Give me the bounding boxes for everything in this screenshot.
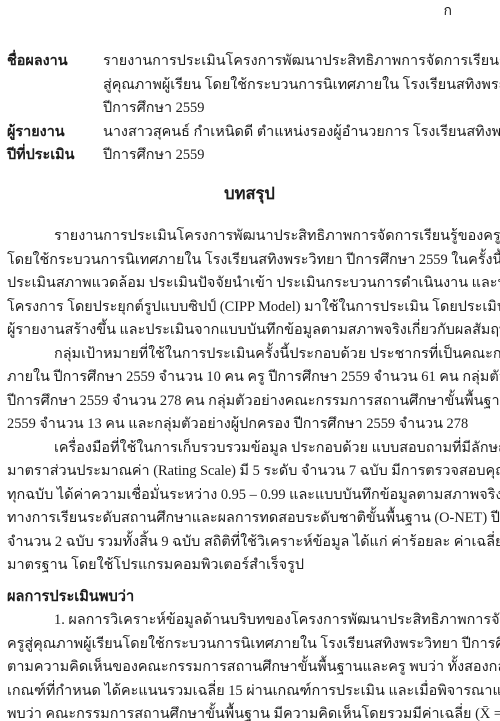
field-value-line: รายงานการประเมินโครงการพัฒนาประสิทธิภาพก… (103, 50, 500, 74)
body-text-line: มาตรฐาน โดยใช้โปรแกรมคอมพิวเตอร์สำเร็จรู… (7, 554, 492, 578)
summary-body: รายงานการประเมินโครงการพัฒนาประสิทธิภาพก… (7, 225, 492, 578)
field-label: ชื่อผลงาน (7, 50, 103, 121)
results-section: 1. ผลการวิเคราะห์ข้อมูลด้านบริบทของโครงก… (7, 609, 492, 721)
field-row-reporter: ผู้รายงาน นางสาวสุคนธ์ กำเหนิดดี ตำแหน่ง… (7, 121, 492, 145)
document-page: ก ชื่อผลงาน รายงานการประเมินโครงการพัฒนา… (0, 0, 500, 721)
body-text-line: รายงานการประเมินโครงการพัฒนาประสิทธิภาพก… (7, 225, 492, 249)
field-value-line: นางสาวสุคนธ์ กำเหนิดดี ตำแหน่งรองผู้อำนว… (103, 121, 500, 145)
paragraph: เครื่องมือที่ใช้ในการเก็บรวบรวมข้อมูล ปร… (7, 437, 492, 578)
field-value-line: ปีการศึกษา 2559 (103, 97, 500, 121)
body-text-line: ทุกฉบับ ได้ค่าความเชื่อมั่นระหว่าง 0.95 … (7, 484, 492, 508)
result-item: 1. ผลการวิเคราะห์ข้อมูลด้านบริบทของโครงก… (7, 609, 492, 721)
body-text-line: ทางการเรียนระดับสถานศึกษาและผลการทดสอบระ… (7, 507, 492, 531)
field-row-year: ปีที่ประเมิน ปีการศึกษา 2559 (7, 144, 492, 168)
body-text-line: มาตราส่วนประมาณค่า (Rating Scale) มี 5 ร… (7, 460, 492, 484)
header-fields: ชื่อผลงาน รายงานการประเมินโครงการพัฒนาปร… (7, 50, 492, 168)
field-row-title: ชื่อผลงาน รายงานการประเมินโครงการพัฒนาปร… (7, 50, 492, 121)
summary-heading: บทสรุป (7, 182, 492, 206)
page-number: ก (444, 2, 452, 22)
body-text-line: กลุ่มเป้าหมายที่ใช้ในการประเมินครั้งนี้ป… (7, 343, 492, 367)
body-text-line: ปีการศึกษา 2559 จำนวน 278 คน กลุ่มตัวอย่… (7, 390, 492, 414)
body-text-line: ครูสู่คุณภาพผู้เรียนโดยใช้กระบวนการนิเทศ… (7, 633, 492, 657)
field-value: ปีการศึกษา 2559 (103, 144, 492, 168)
paragraph: กลุ่มเป้าหมายที่ใช้ในการประเมินครั้งนี้ป… (7, 343, 492, 437)
field-value-line: สู่คุณภาพผู้เรียน โดยใช้กระบวนการนิเทศภา… (103, 74, 500, 98)
body-text-line: ประเมินสภาพแวดล้อม ประเมินปัจจัยนำเข้า ป… (7, 272, 492, 296)
field-value: รายงานการประเมินโครงการพัฒนาประสิทธิภาพก… (103, 50, 500, 121)
body-text-line: ผู้รายงานสร้างขึ้น และประเมินจากแบบบันทึ… (7, 319, 492, 343)
body-text-line: จำนวน 2 ฉบับ รวมทั้งสิ้น 9 ฉบับ สถิติที่… (7, 531, 492, 555)
body-text-line: พบว่า คณะกรรมการสถานศึกษาขั้นพื้นฐาน มีค… (7, 703, 492, 721)
body-text-line: 2559 จำนวน 13 คน และกลุ่มตัวอย่างผู้ปกคร… (7, 413, 492, 437)
body-text-line: ตามความคิดเห็นของคณะกรรมการสถานศึกษาขั้น… (7, 656, 492, 680)
body-text-line: โครงการ โดยประยุกต์รูปแบบซิปป์ (CIPP Mod… (7, 296, 492, 320)
field-value-line: ปีการศึกษา 2559 (103, 144, 492, 168)
field-label: ปีที่ประเมิน (7, 144, 103, 168)
body-text-line: โดยใช้กระบวนการนิเทศภายใน โรงเรียนสทิงพร… (7, 249, 492, 273)
results-heading: ผลการประเมินพบว่า (7, 586, 492, 610)
body-text-line: 1. ผลการวิเคราะห์ข้อมูลด้านบริบทของโครงก… (7, 609, 492, 633)
body-text-line: ภายใน ปีการศึกษา 2559 จำนวน 10 คน ครู ปี… (7, 366, 492, 390)
paragraph: รายงานการประเมินโครงการพัฒนาประสิทธิภาพก… (7, 225, 492, 343)
body-text-line: เครื่องมือที่ใช้ในการเก็บรวบรวมข้อมูล ปร… (7, 437, 492, 461)
field-value: นางสาวสุคนธ์ กำเหนิดดี ตำแหน่งรองผู้อำนว… (103, 121, 500, 145)
body-text-line: เกณฑ์ที่กำหนด ได้คะแนนรวมเฉลี่ย 15 ผ่านเ… (7, 680, 492, 704)
field-label: ผู้รายงาน (7, 121, 103, 145)
